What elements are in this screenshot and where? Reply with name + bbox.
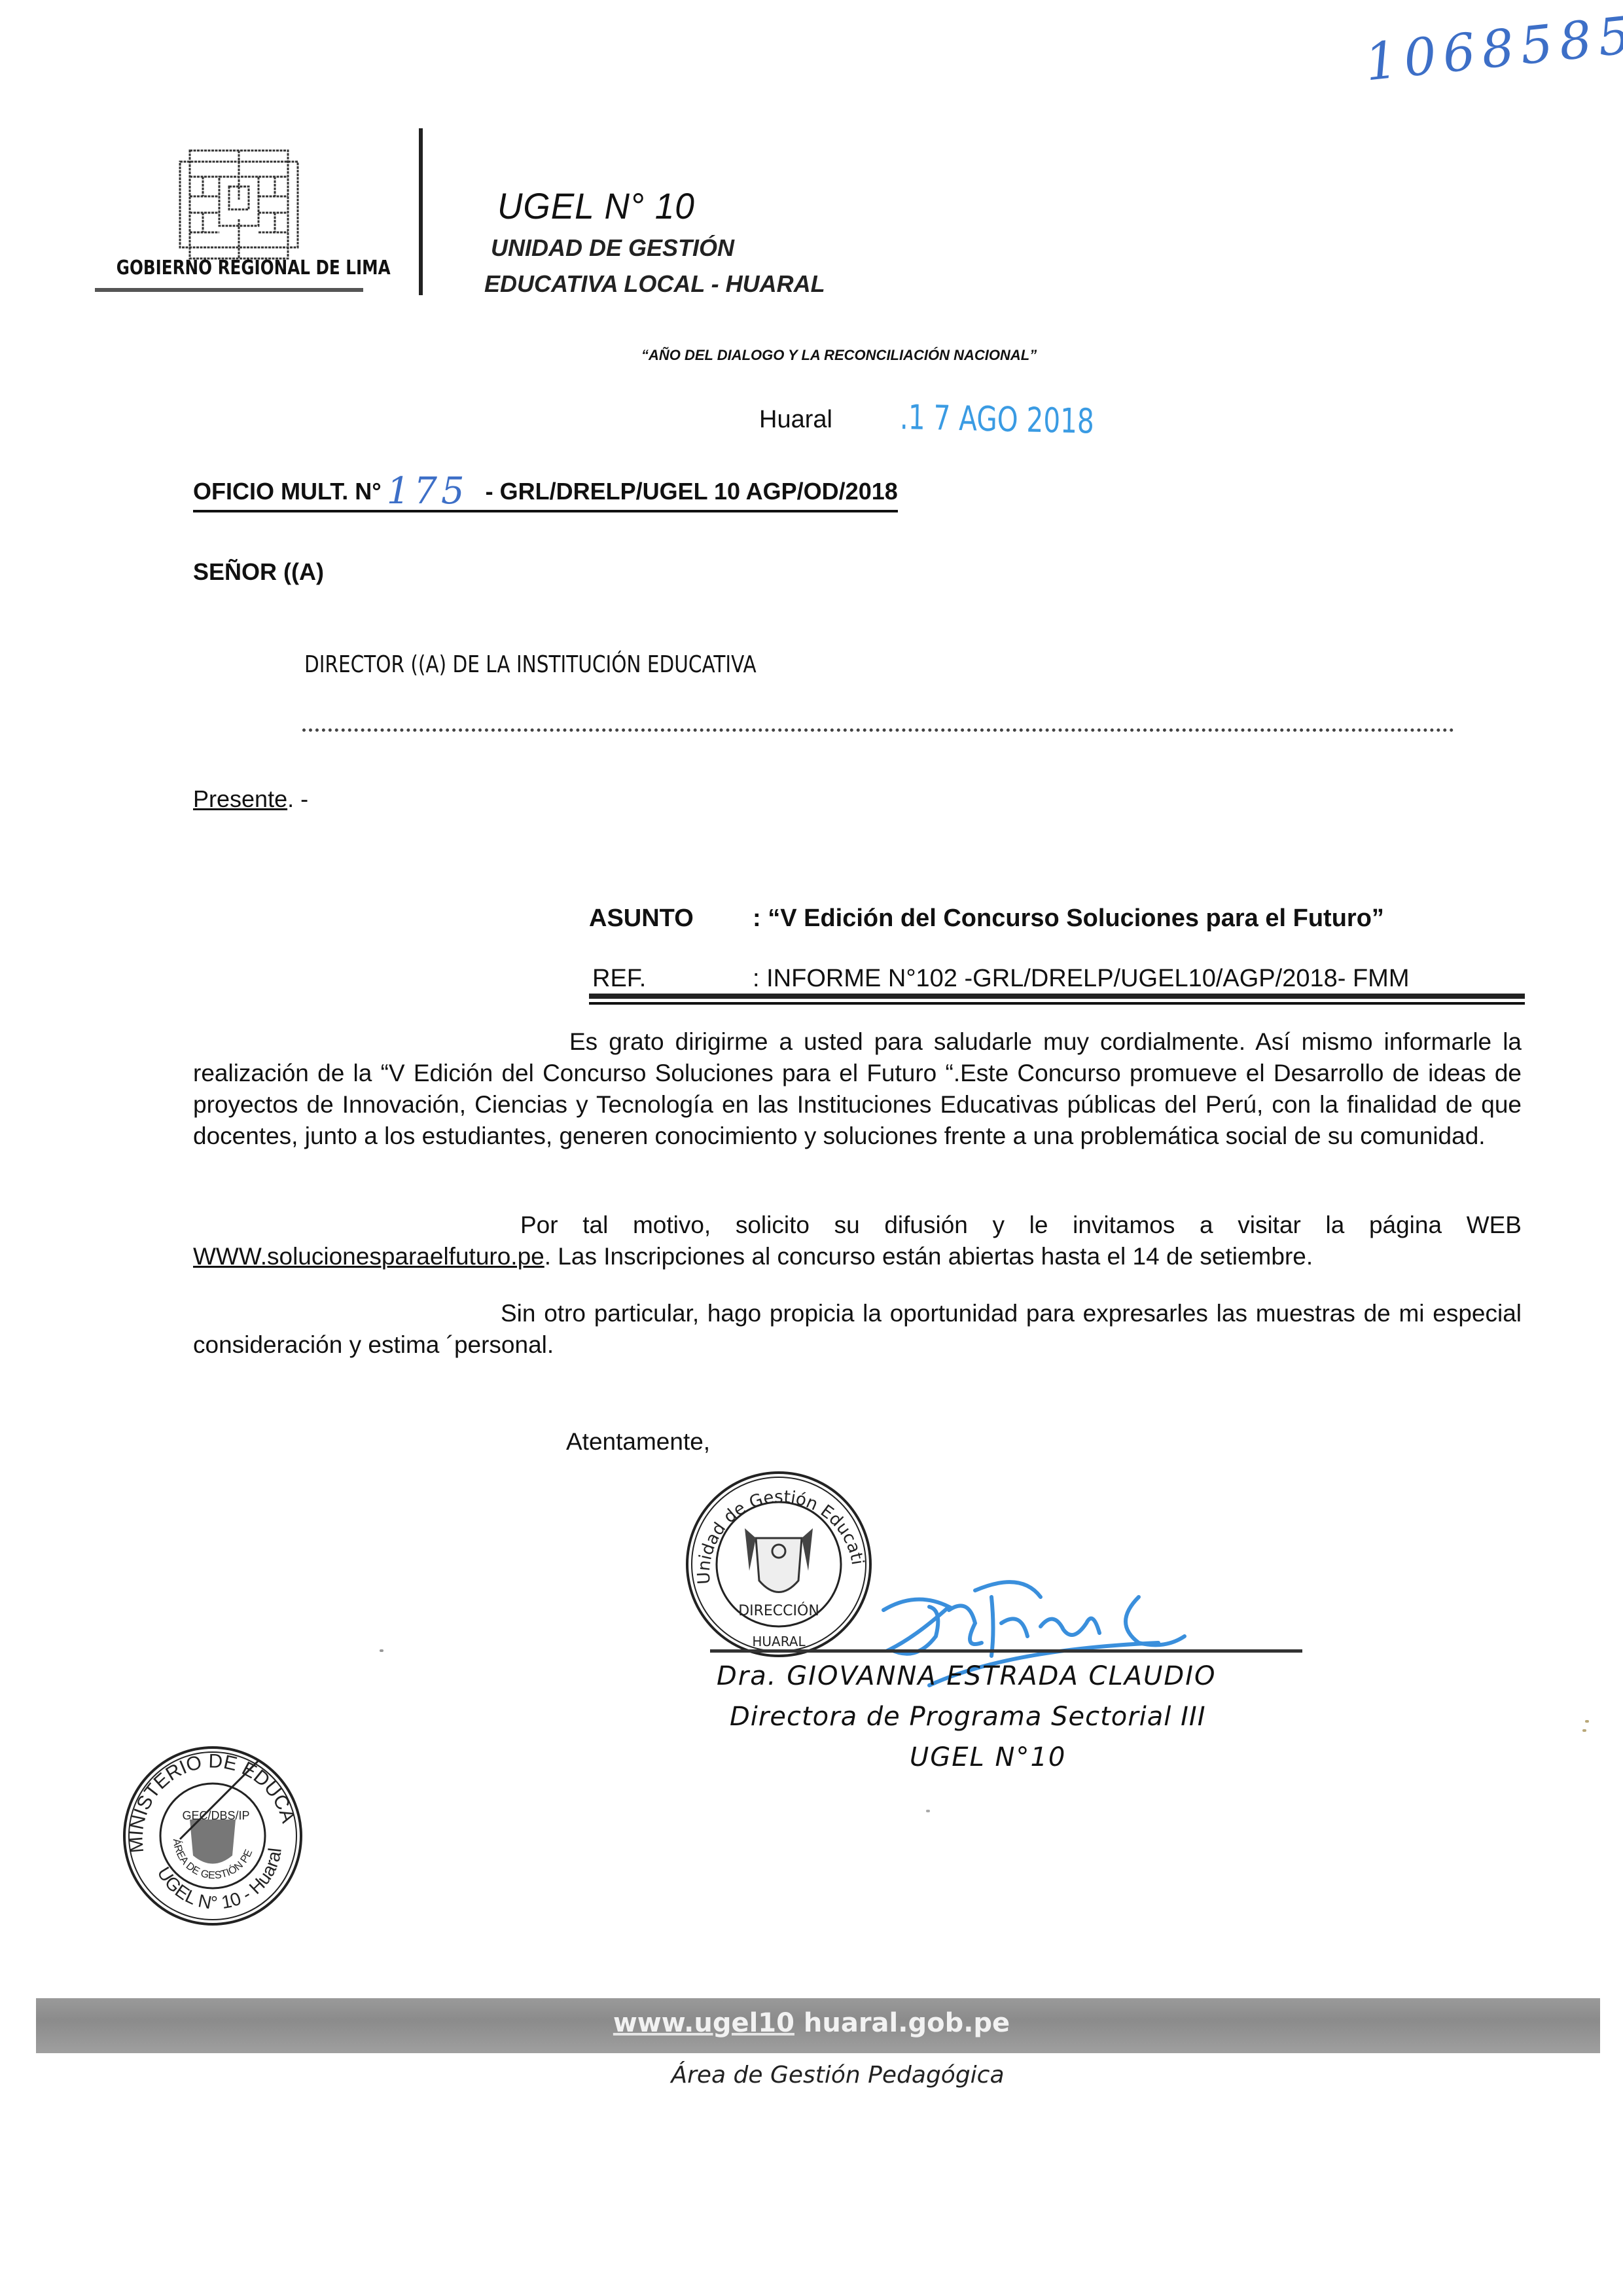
scan-speck (926, 1810, 930, 1812)
recipient: DIRECTOR ((A) DE LA INSTITUCIÓN EDUCATIV… (304, 651, 757, 678)
ref-value: : INFORME N°102 -GRL/DRELP/UGEL10/AGP/20… (753, 965, 1409, 993)
recipient-fill-line (302, 723, 1454, 732)
body-paragraph-2-text: Por tal motivo, solicito su difusión y l… (520, 1211, 1522, 1238)
scan-speck (380, 1649, 383, 1652)
year-motto: “AÑO DEL DIALOGO Y LA RECONCILIACIÓN NAC… (641, 347, 1037, 364)
salutation: SEÑOR ((A) (193, 558, 324, 586)
city: Huaral (759, 406, 832, 434)
footer-website[interactable]: www.ugel10 huaral.gob.pe (0, 2008, 1623, 2038)
svg-text:DIRECCIÓN: DIRECCIÓN (738, 1602, 819, 1619)
ugel-subtitle-line1: UNIDAD DE GESTIÓN (491, 234, 734, 262)
body-paragraph-3-text: Sin otro particular, hago propicia la op… (193, 1300, 1522, 1358)
presente-suffix: . - (287, 785, 308, 812)
body-paragraph-2: Por tal motivo, solicito su difusión y l… (193, 1210, 1522, 1272)
scan-speck (1585, 1720, 1589, 1723)
asunto-value: : “V Edición del Concurso Soluciones par… (753, 905, 1384, 933)
ministerio-educacion-seal-icon: MINISTERIO DE EDUCACIÓN UGEL N° 10 - Hua… (118, 1741, 308, 1931)
date-stamp: .1 7 AGO 2018 (900, 398, 1095, 442)
oficio-number-handwritten: 175 (387, 470, 469, 512)
government-name: GOBIERNO REGIONAL DE LIMA (116, 257, 342, 279)
oficio-suffix: - GRL/DRELP/UGEL 10 AGP/OD/2018 (486, 478, 898, 505)
presente: Presente. - (193, 785, 308, 813)
scan-speck (1582, 1729, 1586, 1732)
ugel-direccion-seal-icon: Unidad de Gestión Educativa Local N° 10 … (681, 1466, 877, 1662)
svg-text:GEC/DBS/IP: GEC/DBS/IP (182, 1809, 249, 1822)
footer-website-part2: huaral.gob.pe (794, 2008, 1010, 2038)
svg-text:HUARAL: HUARAL (752, 1634, 806, 1649)
subject-rule (589, 994, 1525, 999)
handwritten-registry-number: 1068585 (1362, 5, 1623, 92)
signature-line (710, 1649, 1302, 1653)
subject-rule (589, 1002, 1525, 1005)
footer-website-part1: www.ugel10 (613, 2008, 794, 2038)
asunto-label: ASUNTO (589, 905, 694, 933)
closing: Atentamente, (566, 1428, 710, 1456)
body-paragraph-1-text: Es grato dirigirme a usted para saludarl… (193, 1028, 1522, 1149)
ugel-subtitle-line2: EDUCATIVA LOCAL - HUARAL (484, 270, 825, 298)
presente-word: Presente (193, 785, 287, 812)
signatory-organization: UGEL N°10 (910, 1742, 1066, 1772)
footer-area-name: Área de Gestión Pedagógica (0, 2062, 1623, 2089)
gobierno-regional-logo-icon (177, 147, 301, 262)
signatory-name: Dra. GIOVANNA ESTRADA CLAUDIO (717, 1661, 1216, 1691)
government-name-underline (95, 288, 363, 292)
oficio-reference: OFICIO MULT. N°175- GRL/DRELP/UGEL 10 AG… (193, 466, 898, 512)
contest-website-link[interactable]: WWW.solucionesparaelfuturo.pe (193, 1243, 544, 1270)
ugel-title: UGEL N° 10 (497, 185, 695, 227)
header-divider (419, 128, 423, 295)
body-paragraph-2-text-end: . Las Inscripciones al concurso están ab… (544, 1243, 1313, 1270)
signatory-role: Directora de Programa Sectorial III (730, 1702, 1206, 1732)
body-paragraph-1: Es grato dirigirme a usted para saludarl… (193, 1026, 1522, 1152)
body-paragraph-3: Sin otro particular, hago propicia la op… (193, 1298, 1522, 1361)
ref-label: REF. (592, 965, 646, 993)
oficio-prefix: OFICIO MULT. N° (193, 478, 382, 505)
